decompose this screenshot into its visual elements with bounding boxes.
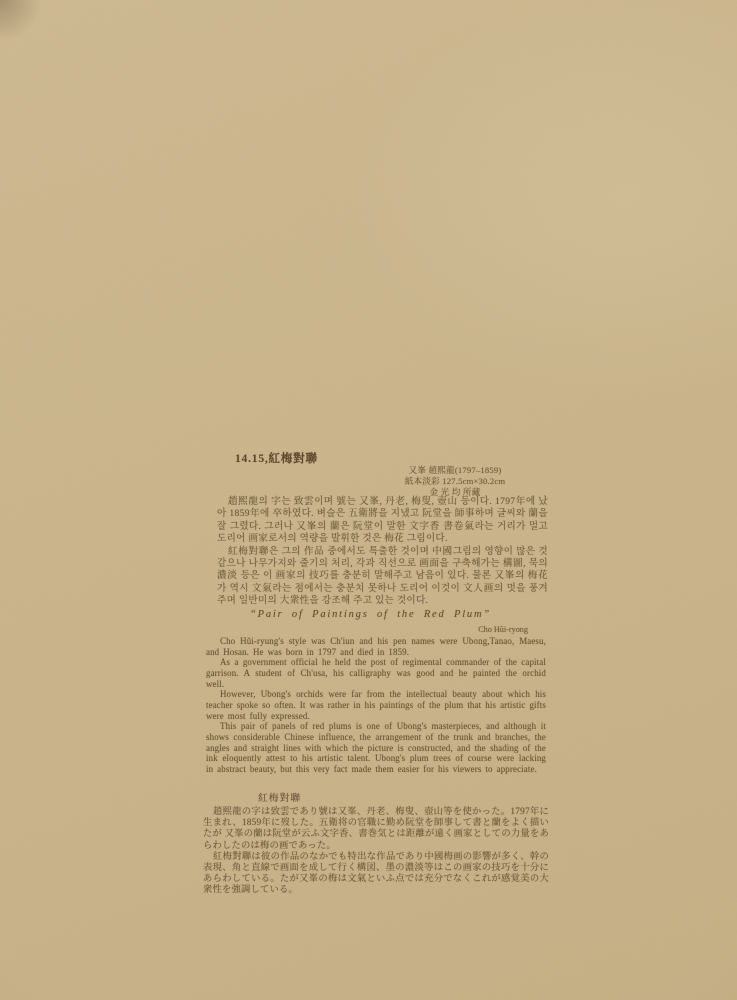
- catalog-number-title: 14.15,紅梅對聯: [235, 450, 318, 466]
- scanned-catalog-page: 14.15,紅梅對聯 又峯 趙熙龍(1797–1859) 紙本淡彩 127.5c…: [0, 0, 737, 1000]
- japanese-heading: 紅梅對聯: [258, 790, 301, 804]
- english-paragraph: As a government official he held the pos…: [206, 657, 546, 689]
- korean-description: 趙熙龍의 字는 致雲이며 號는 又峯, 丹老, 梅叟, 壺山 등이다. 1797…: [217, 496, 548, 608]
- english-paragraph: However, Ubong's orchids were far from t…: [206, 689, 546, 721]
- medium-dimensions-line: 紙本淡彩 127.5cm×30.2cm: [403, 476, 507, 487]
- japanese-paragraph: 趙熙龍の字は致雲であり號は又峯、丹老、梅叟、壺山等を使かった。1797年に生まれ…: [203, 807, 549, 852]
- english-artist-attribution: Cho Hŭi-ryong: [206, 625, 528, 634]
- english-description: Cho Hŭi-ryung's style was Ch'iun and his…: [206, 636, 546, 775]
- korean-paragraph: 趙熙龍의 字는 致雲이며 號는 又峯, 丹老, 梅叟, 壺山 등이다. 1797…: [217, 496, 548, 546]
- artist-line: 又峯 趙熙龍(1797–1859): [403, 465, 507, 476]
- english-paragraph: Cho Hŭi-ryung's style was Ch'iun and his…: [206, 636, 546, 657]
- korean-paragraph: 紅梅對聯은 그의 作品 중에서도 특출한 것이며 中國그림의 영향이 많은 것 …: [217, 546, 548, 608]
- japanese-description: 趙熙龍の字は致雲であり號は又峯、丹老、梅叟、壺山等を使かった。1797年に生まれ…: [203, 807, 549, 897]
- artwork-metadata: 又峯 趙熙龍(1797–1859) 紙本淡彩 127.5cm×30.2cm 金 …: [403, 465, 507, 498]
- english-title: “Pair of Paintings of the Red Plum”: [250, 609, 491, 620]
- japanese-paragraph: 紅梅對聯は彼の作品のなかでも特出な作品であり中國梅画の影響が多く、幹の表現、角と…: [203, 852, 549, 897]
- english-paragraph: This pair of panels of red plums is one …: [206, 721, 546, 774]
